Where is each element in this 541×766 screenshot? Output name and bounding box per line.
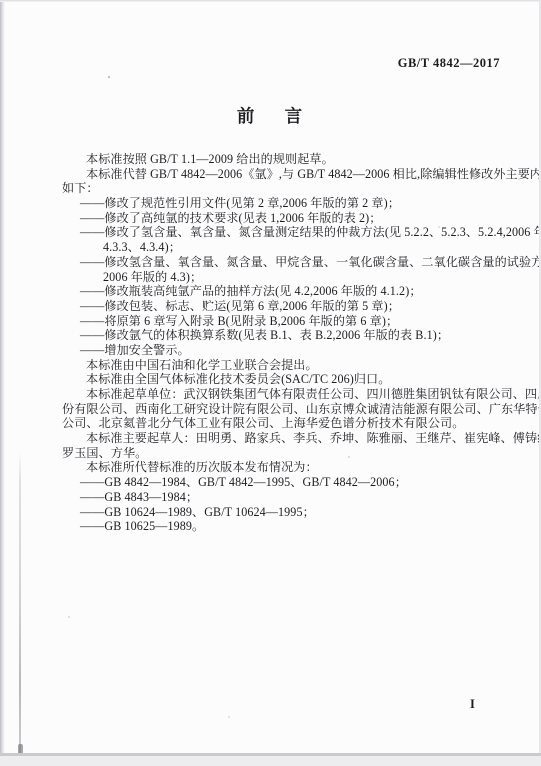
text-line: ——将原第 6 章写入附录 B(见附录 B,2006 年版的第 6 章)； [62, 314, 506, 329]
page-edge-top [0, 0, 541, 2]
text-line: ——GB 4842—1984、GB/T 4842—1995、GB/T 4842—… [62, 475, 506, 490]
text-line: ——增加安全警示。 [62, 343, 506, 358]
text-line: 本标准代替 GB/T 4842—2006《氩》,与 GB/T 4842—2006… [62, 167, 506, 182]
page-number: I [470, 697, 475, 712]
scanned-page: GB/T 4842—2017 前 言 本标准按照 GB/T 1.1—2009 给… [0, 0, 541, 766]
text-line: 公司、北京氦普北分气体工业有限公司、上海华爱色谱分析技术有限公司。 [62, 416, 506, 431]
text-line: ——修改了高纯氩的技术要求(见表 1,2006 年版的表 2)； [62, 211, 506, 226]
text-line: ——修改氩气的体积换算系数(见表 B.1、表 B.2,2006 年版的表 B.1… [62, 328, 506, 343]
page-title: 前 言 [0, 103, 541, 128]
text-line: 本标准由中国石油和化学工业联合会提出。 [62, 358, 506, 373]
text-line: 本标准按照 GB/T 1.1—2009 给出的规则起草。 [62, 152, 506, 167]
text-line: ——修改了规范性引用文件(见第 2 章,2006 年版的第 2 章)； [62, 196, 506, 211]
text-line: 本标准起草单位：武汉钢铁集团气体有限责任公司、四川德胜集团钒钛有限公司、四川侨源… [62, 387, 506, 402]
standard-code: GB/T 4842—2017 [398, 56, 500, 71]
text-line: ——修改瓶装高纯氩产品的抽样方法(见 4.2,2006 年版的 4.1.2)； [62, 284, 506, 299]
text-line: ——修改氢含量、氧含量、氮含量、甲烷含量、一氧化碳含量、二氧化碳含量的试验方法(… [62, 255, 506, 270]
page-edge-left [0, 0, 5, 766]
text-line: 4.3.3、4.3.4)； [62, 240, 506, 255]
text-line: ——修改包装、标志、贮运(见第 6 章,2006 年版的第 5 章)； [62, 299, 506, 314]
text-line: ——修改了氢含量、氧含量、氮含量测定结果的仲裁方法(见 5.2.2、5.2.3、… [62, 225, 506, 240]
foreword-body: 本标准按照 GB/T 1.1—2009 给出的规则起草。本标准代替 GB/T 4… [62, 152, 506, 534]
text-line: 罗玉国、方华。 [62, 446, 506, 461]
text-line: 本标准由全国气体标准化技术委员会(SAC/TC 206)归口。 [62, 372, 506, 387]
text-line: 2006 年版的 4.3)； [62, 270, 506, 285]
text-line: ——GB 10624—1989、GB/T 10624—1995； [62, 505, 506, 520]
text-line: 如下： [62, 181, 506, 196]
text-line: 本标准所代替标准的历次版本发布情况为： [62, 460, 506, 475]
text-line: ——GB 4843—1984； [62, 490, 506, 505]
scan-artifact-line [19, 452, 21, 754]
text-line: ——GB 10625—1989。 [62, 519, 506, 534]
text-line: 份有限公司、西南化工研究设计院有限公司、山东京博众诚清洁能源有限公司、广东华特气… [62, 402, 506, 417]
scan-noise-speckles [108, 76, 110, 78]
page-edge-bottom [0, 753, 541, 766]
text-line: 本标准主要起草人：田明勇、路家兵、李兵、乔坤、陈雅丽、王继芹、崔宪峰、傅铸红、廖… [62, 431, 506, 446]
